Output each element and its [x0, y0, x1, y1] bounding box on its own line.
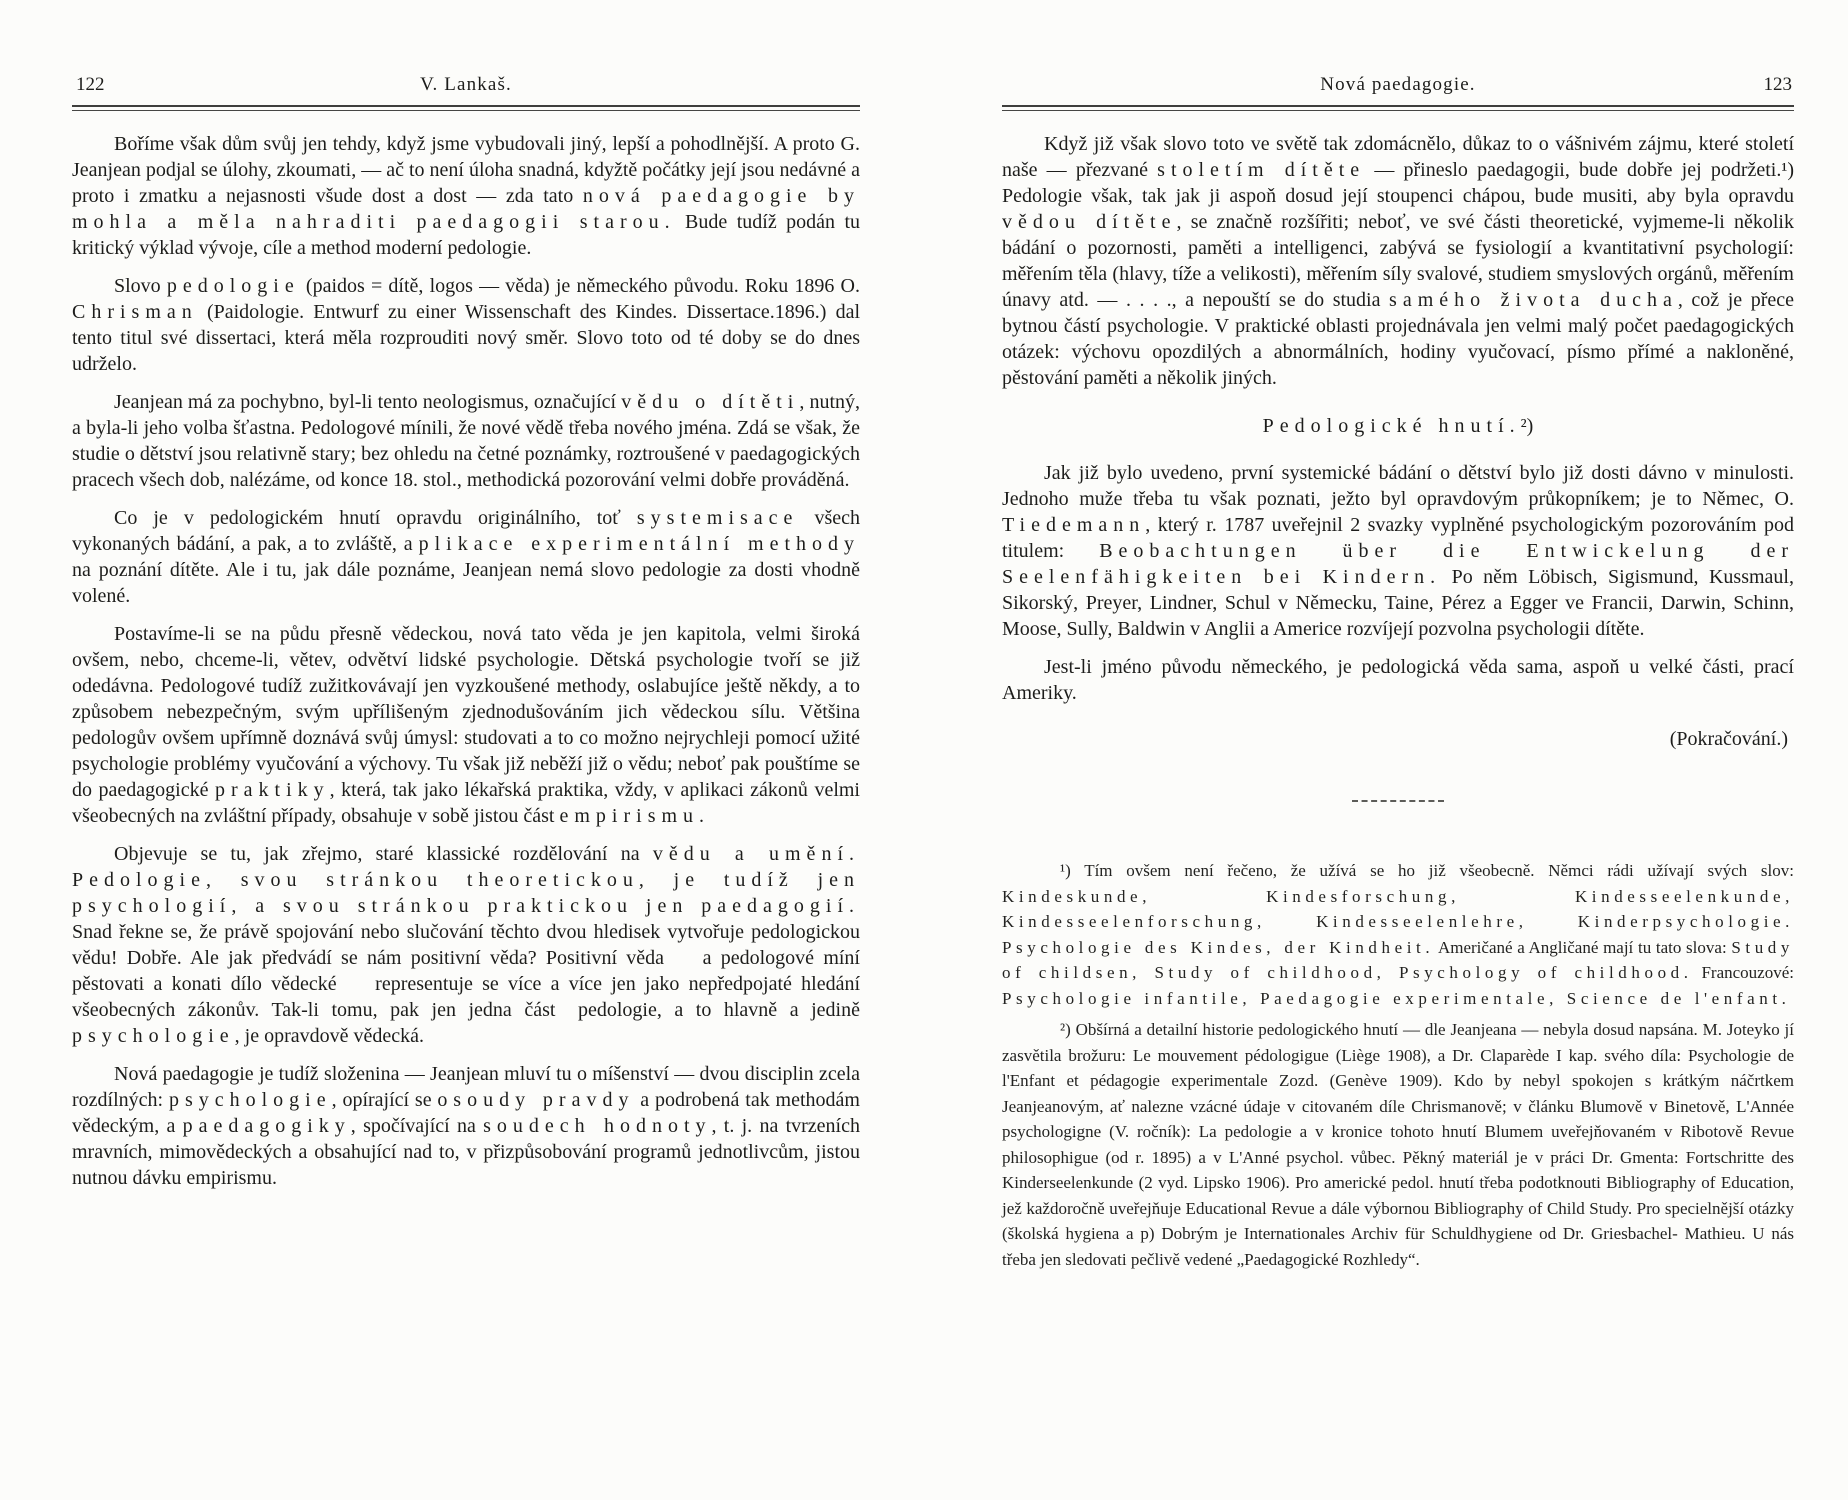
paragraph: Slovo pedologie (paidos = dítě, logos — … [72, 273, 860, 377]
emphasized-text-run: psychologie [72, 1025, 235, 1047]
emphasized-text-run: stoletím dítěte [1157, 159, 1365, 181]
footnote: ²) Obšírná a detailní historie pedologic… [1002, 1017, 1794, 1272]
emphasized-text-run: soudy pravdy [453, 1089, 634, 1111]
right-page-number: 123 [1764, 74, 1793, 96]
text-run: ²) Obšírná a detailní historie pedologic… [1002, 1020, 1794, 1269]
text-run: ²) [1521, 415, 1534, 437]
emphasized-text-run: Psychologie infantile, Paedagogie experi… [1002, 989, 1791, 1008]
text-run: Postavíme-li se na půdu přesně vědeckou,… [72, 623, 860, 801]
text-run: Snad řekne se, že právě spojování nebo s… [72, 921, 860, 1021]
text-run: Francouzové: [1693, 963, 1794, 982]
emphasized-text-run: Tiedemann [1002, 514, 1145, 536]
text-run: Američané a Angličané mají tu tato slova… [1434, 938, 1731, 957]
footnote: ¹) Tím ovšem není řečeno, že užívá se ho… [1002, 858, 1794, 1011]
text-run: Jest-li jméno původu německého, je pedol… [1002, 656, 1794, 704]
text-run: Co je v pedologickém hnutí opravdu origi… [114, 507, 637, 529]
left-running-title: V. Lankaš. [72, 74, 860, 96]
emphasized-text-run: paedagogiky [183, 1115, 351, 1137]
paragraph: Objevuje se tu, jak zřejmo, staré klassi… [72, 841, 860, 1049]
paragraph: Jest-li jméno původu německého, je pedol… [1002, 654, 1794, 706]
emphasized-text-run: aplikace experimentální methody [404, 533, 860, 555]
emphasized-text-run: Pedologické hnutí. [1263, 415, 1521, 437]
text-run: ¹) Tím ovšem není řečeno, že užívá se ho… [1060, 861, 1794, 880]
emphasized-text-run: pedologie [167, 275, 300, 297]
page-right: Nová paedagogie. 123 Když již však slovo… [1002, 0, 1794, 1278]
left-page-header: 122 V. Lankaš. [72, 74, 860, 100]
right-page-header: Nová paedagogie. 123 [1002, 74, 1794, 100]
paragraph: Nová paedagogie je tudíž složenina — Jea… [72, 1061, 860, 1191]
text-run: na poznání dítěte. Ale i tu, jak dále po… [72, 559, 860, 607]
paragraph: Co je v pedologickém hnutí opravdu origi… [72, 505, 860, 609]
book-spread: 122 V. Lankaš. Boříme však dům svůj jen … [0, 0, 1848, 1500]
text-run: , opírající se o [332, 1089, 454, 1111]
emphasized-text-run: praktiky [215, 779, 330, 801]
paragraph: Boříme však dům svůj jen tehdy, když jsm… [72, 131, 860, 261]
emphasized-text-run: vědu o dítěti [621, 391, 799, 413]
footnote-separator [1352, 800, 1444, 802]
emphasized-text-run: samého života ducha [1389, 289, 1678, 311]
paragraph: Když již však slovo toto ve světě tak zd… [1002, 131, 1794, 391]
emphasized-text-run: vědou dítěte [1002, 211, 1177, 233]
continuation-note: (Pokračování.) [1002, 726, 1788, 752]
text-run: , je opravdově vědecká. [235, 1025, 424, 1047]
paragraph: Jeanjean má za pochybno, byl-li tento ne… [72, 389, 860, 493]
emphasized-text-run: psychologie [169, 1089, 332, 1111]
left-header-rule [72, 105, 860, 111]
emphasized-text-run: systemisace [637, 507, 799, 529]
left-page-body: Boříme však dům svůj jen tehdy, když jsm… [72, 131, 860, 1191]
text-run: , spočívající na [351, 1115, 483, 1137]
paragraph: Postavíme-li se na půdu přesně vědeckou,… [72, 621, 860, 829]
text-run: Jeanjean má za pochybno, byl-li tento ne… [114, 391, 621, 413]
emphasized-text-run: soudech hodnoty [483, 1115, 711, 1137]
text-run: . [699, 805, 704, 827]
emphasized-text-run: Chrisman [72, 301, 198, 323]
right-page-body: Když již však slovo toto ve světě tak zd… [1002, 131, 1794, 1272]
right-header-rule [1002, 105, 1794, 111]
text-run: Objevuje se tu, jak zřejmo, staré klassi… [114, 843, 653, 865]
text-run: (paidos = dítě, logos — věda) je německé… [300, 275, 860, 297]
right-running-title: Nová paedagogie. [1002, 74, 1794, 96]
text-run: Slovo [114, 275, 167, 297]
paragraph: Jak již bylo uvedeno, první systemické b… [1002, 460, 1794, 642]
text-run: Jak již bylo uvedeno, první systemické b… [1002, 462, 1794, 510]
section-heading: Pedologické hnutí.²) [1002, 415, 1794, 438]
page-left: 122 V. Lankaš. Boříme však dům svůj jen … [72, 0, 860, 1203]
emphasized-text-run: empirismu [559, 805, 699, 827]
